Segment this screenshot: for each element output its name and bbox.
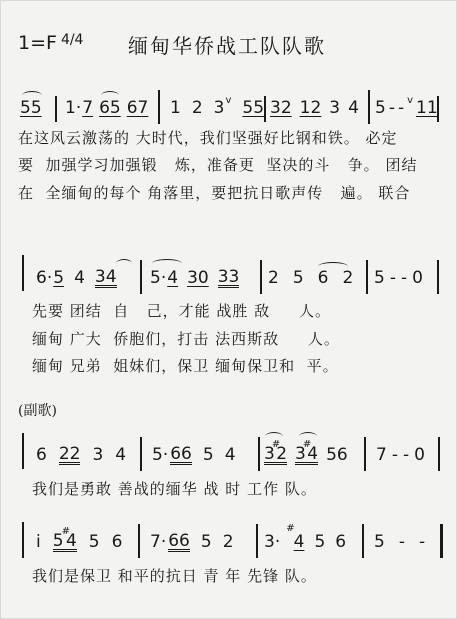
lyric-verse-2: 缅甸 广大 侨胞们，打击 法西斯敌 人。 <box>32 328 340 349</box>
barline <box>55 96 57 122</box>
barline <box>140 260 142 294</box>
note: 4 <box>348 98 359 118</box>
chorus-label: (副歌) <box>18 400 57 420</box>
breath-mark: v <box>225 95 231 106</box>
note: 65 <box>99 98 121 118</box>
note: 2 <box>223 532 234 552</box>
measure: 5· 66 5 4 <box>152 441 236 469</box>
dash: - <box>390 268 396 288</box>
dash: - <box>399 532 405 552</box>
dash: - <box>403 445 409 465</box>
dash: - <box>392 445 398 465</box>
measure: 1 2 3 v 55 <box>170 94 264 122</box>
note: 5· <box>152 445 168 465</box>
note: 5 <box>293 268 304 288</box>
barline <box>140 437 142 471</box>
note: 5 <box>201 532 212 552</box>
note: 5 <box>31 98 42 118</box>
note: 3· <box>264 532 280 552</box>
dash: - <box>401 268 407 288</box>
notes-line-1: 55 1· 7 65 67 1 2 3 v 55 32 12 3 4 5 - - <box>0 94 457 122</box>
note: 5 <box>53 268 64 288</box>
note: 6 <box>335 532 346 552</box>
measure: 32 12 3 4 <box>270 94 359 122</box>
barline <box>258 437 260 471</box>
dash: - <box>398 98 404 118</box>
barline <box>368 90 370 124</box>
note: 56 <box>326 445 348 465</box>
note: 6· <box>36 268 52 288</box>
note: 1· <box>65 98 81 118</box>
note-group: 5 # 4 <box>53 533 77 552</box>
key-signature: 1=F 4/4 <box>18 28 83 58</box>
lyric-verse-1: 先要 团结 自 己，才能 战胜 敌 人。 <box>32 300 331 321</box>
note-group: 3 # 4 <box>295 446 318 465</box>
song-title: 缅甸华侨战工队队歌 <box>128 30 326 59</box>
note: 4 <box>74 268 85 288</box>
sharp-icon: # <box>272 437 280 453</box>
note: 2 <box>192 98 203 118</box>
lyric-verse-1: 在这风云激荡的 大时代，我们坚强好比钢和铁。 必定 <box>18 127 398 148</box>
note: 4 <box>294 532 305 552</box>
note: i <box>36 532 41 552</box>
note: 55 <box>242 98 264 118</box>
barline <box>438 437 440 471</box>
lyric-verse-3: 在 全缅甸的每个 角落里，要把抗日歌声传 遍。 联合 <box>18 182 410 203</box>
notes-line-3: 6 22 3 4 5· 66 5 4 3 # 2 3 # 4 56 <box>0 441 457 469</box>
barline <box>158 90 160 124</box>
breath-mark: v <box>407 95 413 106</box>
rest: 0 <box>412 268 423 288</box>
note: 5 <box>203 445 214 465</box>
sharp-icon: # <box>303 437 311 453</box>
notes-line-4: i 5 # 4 5 6 7· 66 5 2 3· # 4 5 6 <box>0 528 457 556</box>
barline <box>362 524 364 558</box>
note: 5 <box>374 268 385 288</box>
barline <box>364 437 366 471</box>
note: 4 <box>225 445 236 465</box>
lyric-chorus-1: 我们是勇敢 善战的缅华 战 时 工作 队。 <box>32 478 317 499</box>
measure: i 5 # 4 5 6 <box>36 528 122 556</box>
measure: 5 - - <box>374 528 425 556</box>
rest: 0 <box>414 445 425 465</box>
note: 3 <box>214 98 225 118</box>
note: 2 <box>268 268 279 288</box>
dash: - <box>389 98 395 118</box>
note-group: # 4 <box>286 532 304 552</box>
barline <box>366 260 368 294</box>
note: 3 <box>92 445 103 465</box>
barline <box>260 260 262 294</box>
note: 33 <box>218 269 240 288</box>
key-label: 1=F <box>18 32 57 54</box>
measure: 3· # 4 5 6 <box>264 528 346 556</box>
measure: 6 22 3 4 <box>36 441 126 469</box>
note: 66 <box>170 446 192 465</box>
sharp-icon: # <box>62 524 70 540</box>
note: 7· <box>150 532 166 552</box>
note: 11 <box>416 98 438 118</box>
note: 5 <box>375 98 386 118</box>
note-group: 3 # 2 <box>264 446 287 465</box>
barline <box>437 96 439 122</box>
note: 5· <box>150 268 166 288</box>
final-barline <box>440 524 443 558</box>
measure: 5 - - v 11 <box>375 94 438 122</box>
note: 22 <box>59 446 81 465</box>
note: 30 <box>187 268 209 288</box>
note: 1 <box>170 98 181 118</box>
lyric-chorus-2: 我们是保卫 和平的抗日 青 年 先锋 队。 <box>32 565 317 586</box>
note: 4 <box>167 268 178 288</box>
measure: 2 5 6 2 <box>268 264 353 292</box>
note: 4 <box>115 445 126 465</box>
measure: 55 <box>20 94 42 122</box>
barline <box>256 524 258 558</box>
barline <box>138 524 140 558</box>
note: 5 <box>314 532 325 552</box>
sharp-icon: # <box>286 523 294 543</box>
note: 6 <box>36 445 47 465</box>
note: 5 <box>89 532 100 552</box>
measure: 7· 66 5 2 <box>150 528 234 556</box>
note: 6 <box>318 268 329 288</box>
note: 7 <box>82 98 93 118</box>
time-signature: 4/4 <box>61 32 84 48</box>
measure: 6· 5 4 34 <box>36 264 117 292</box>
notes-line-2: 6· 5 4 34 5· 4 30 33 2 5 6 2 5 - - 0 <box>0 264 457 292</box>
note: 3 <box>329 98 340 118</box>
barline <box>437 260 439 294</box>
measure: 1· 7 65 67 <box>65 94 148 122</box>
note: 7 <box>376 445 387 465</box>
lyric-verse-3: 缅甸 兄弟 姐妹们，保卫 缅甸保卫和 平。 <box>32 355 339 376</box>
note: 5 <box>20 98 31 118</box>
note: 6 <box>112 532 123 552</box>
measure: 5· 4 30 33 <box>150 264 239 292</box>
measure: 7 - - 0 <box>376 441 425 469</box>
measure: 5 - - 0 <box>374 264 423 292</box>
measure: 3 # 2 3 # 4 56 <box>264 441 348 469</box>
dash: - <box>419 532 425 552</box>
lyric-verse-2: 要 加强学习加强锻 炼，准备更 坚决的斗 争。 团结 <box>18 154 417 175</box>
note: 32 <box>270 98 292 118</box>
note: 12 <box>300 98 322 118</box>
note: 5 <box>374 532 385 552</box>
note: 67 <box>127 98 149 118</box>
barline <box>264 96 266 122</box>
note: 66 <box>168 533 190 552</box>
note: 34 <box>95 269 117 288</box>
note: 2 <box>342 268 353 288</box>
